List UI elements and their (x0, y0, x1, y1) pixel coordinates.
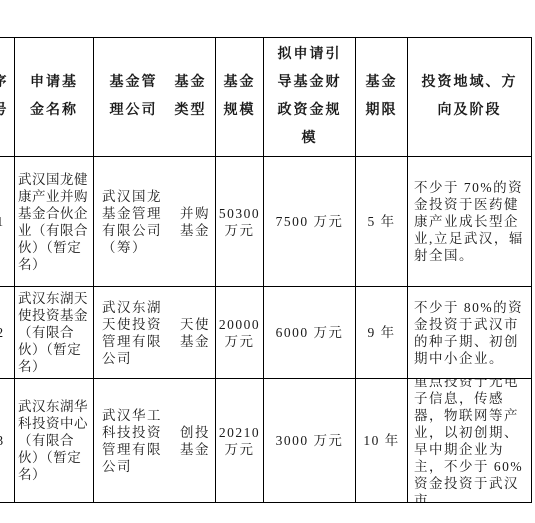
row-1-region: 不少于 70%的资金投资于医药健康产业成长型企业,立足武汉，辐射全国。 (408, 157, 531, 287)
row-3-no-value: 3 (0, 432, 5, 449)
row-2-no-value: 2 (0, 324, 5, 341)
row-3-no: 3 (0, 379, 15, 502)
row-3-scale: 20210 万元 (216, 379, 264, 502)
header-scale-label: 基金规模 (221, 69, 258, 125)
row-3-region-value: 重点投资于光电子信息，传感器，物联网等产业，以初创期、早中期企业为主，不少于 6… (414, 379, 527, 502)
row-1-term: 5 年 (356, 157, 408, 287)
header-name: 申请基金名称 (15, 38, 94, 157)
row-2-term-value: 9 年 (367, 324, 395, 341)
row-1-term-value: 5 年 (367, 213, 395, 230)
header-region-label: 投资地域、方向及阶段 (416, 69, 523, 125)
header-term-label: 基金期限 (364, 69, 399, 125)
fund-table: 序号 申请基金名称 基金管理公司 基金类型 基金规模 拟申请引导基金财政资金规模… (0, 37, 532, 503)
header-no-label: 序号 (0, 69, 14, 125)
row-3-name-value: 武汉东湖华科投资中心（有限合伙）（暂定名） (18, 398, 90, 483)
header-manager-type: 基金管理公司 基金类型 (94, 38, 216, 157)
row-1-region-value: 不少于 70%的资金投资于医药健康产业成长型企业,立足武汉，辐射全国。 (414, 179, 527, 264)
row-3-type-value: 创投基金 (178, 424, 212, 458)
document-page: 序号 申请基金名称 基金管理公司 基金类型 基金规模 拟申请引导基金财政资金规模… (0, 0, 535, 523)
row-2-guide: 6000 万元 (264, 287, 356, 379)
row-1-manager-type: 武汉国龙基金管理有限公司（筹） 并购基金 (94, 157, 216, 287)
row-2-guide-value: 6000 万元 (276, 324, 344, 341)
row-3-manager-type: 武汉华工科技投资管理有限公司 创投基金 (94, 379, 216, 502)
row-2-term: 9 年 (356, 287, 408, 379)
row-2-manager-value: 武汉东湖天使投资管理有限公司 (102, 299, 168, 367)
row-1-guide-value: 7500 万元 (276, 213, 344, 230)
row-1-name-value: 武汉国龙健康产业并购基金合伙企业（有限合伙）（暂定名） (18, 171, 90, 273)
row-2-name-value: 武汉东湖天使投资基金（有限合伙）（暂定名） (18, 290, 90, 375)
header-name-label: 申请基金名称 (25, 69, 83, 125)
row-1-no: 1 (0, 157, 15, 287)
header-region: 投资地域、方向及阶段 (408, 38, 531, 157)
row-3-manager-value: 武汉华工科技投资管理有限公司 (102, 407, 168, 475)
row-2-scale: 20000 万元 (216, 287, 264, 379)
header-no: 序号 (0, 38, 15, 157)
row-3-term-value: 10 年 (363, 432, 399, 449)
row-1-scale-value: 50300 万元 (216, 205, 263, 239)
row-1-guide: 7500 万元 (264, 157, 356, 287)
header-scale: 基金规模 (216, 38, 264, 157)
row-3-name: 武汉东湖华科投资中心（有限合伙）（暂定名） (15, 379, 94, 502)
header-type-label: 基金类型 (171, 69, 211, 125)
row-2-no: 2 (0, 287, 15, 379)
row-2-name: 武汉东湖天使投资基金（有限合伙）（暂定名） (15, 287, 94, 379)
row-1-manager-value: 武汉国龙基金管理有限公司（筹） (102, 188, 168, 256)
row-1-name: 武汉国龙健康产业并购基金合伙企业（有限合伙）（暂定名） (15, 157, 94, 287)
header-term: 基金期限 (356, 38, 408, 157)
row-3-scale-value: 20210 万元 (216, 424, 263, 458)
row-1-no-value: 1 (0, 213, 5, 230)
header-guide-label: 拟申请引导基金财政资金规模 (276, 41, 343, 153)
row-1-type-value: 并购基金 (178, 205, 212, 239)
row-2-manager-type: 武汉东湖天使投资管理有限公司 天使基金 (94, 287, 216, 379)
row-3-guide: 3000 万元 (264, 379, 356, 502)
header-guide: 拟申请引导基金财政资金规模 (264, 38, 356, 157)
row-3-guide-value: 3000 万元 (276, 432, 344, 449)
row-2-region-value: 不少于 80%的资金投资于武汉市的种子期、初创期中小企业。 (414, 299, 527, 367)
row-3-term: 10 年 (356, 379, 408, 502)
row-3-region: 重点投资于光电子信息，传感器，物联网等产业，以初创期、早中期企业为主，不少于 6… (408, 379, 531, 502)
row-1-scale: 50300 万元 (216, 157, 264, 287)
row-2-region: 不少于 80%的资金投资于武汉市的种子期、初创期中小企业。 (408, 287, 531, 379)
row-2-type-value: 天使基金 (178, 316, 212, 350)
row-2-scale-value: 20000 万元 (216, 316, 263, 350)
header-manager-label: 基金管理公司 (107, 69, 161, 125)
